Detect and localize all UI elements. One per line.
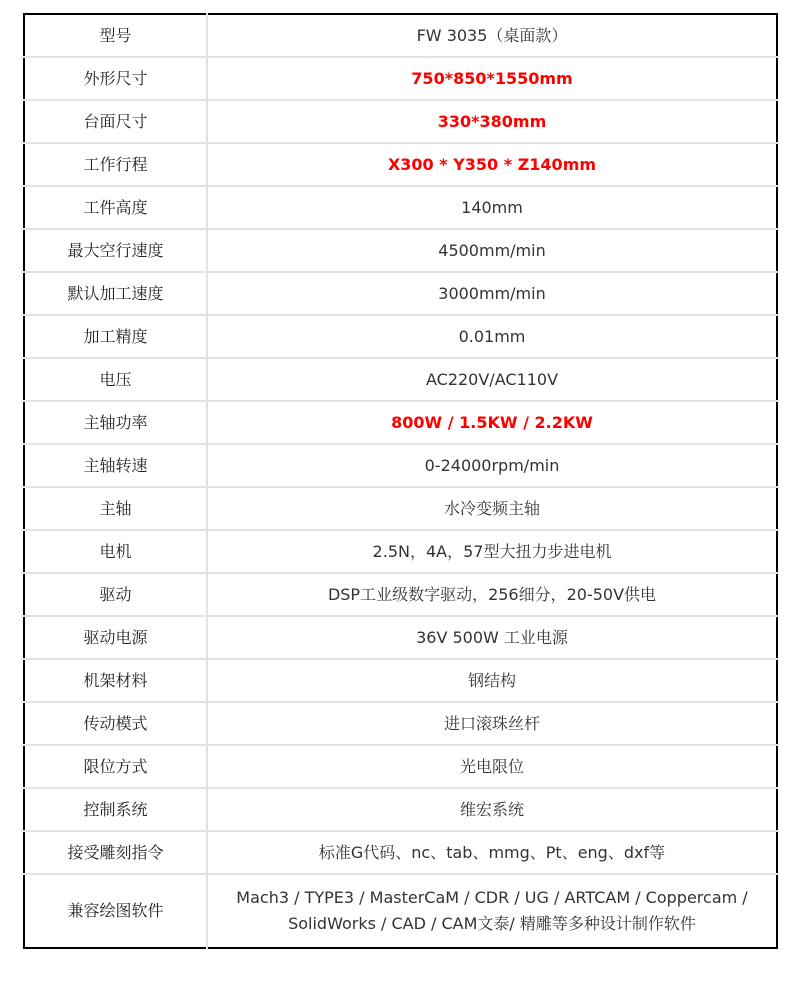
row-value: 光电限位 <box>207 745 777 788</box>
table-row-model: 型号 FW 3035（桌面款） <box>24 14 777 57</box>
row-value: 2.5N，4A，57型大扭力步进电机 <box>207 530 777 573</box>
row-label: 主轴功率 <box>24 401 207 444</box>
row-value: 钢结构 <box>207 659 777 702</box>
row-value: 330*380mm <box>207 100 777 143</box>
row-value: 4500mm/min <box>207 229 777 272</box>
software-line-1: Mach3 / TYPE3 / MasterCaM / CDR / UG / A… <box>208 885 776 911</box>
row-label: 主轴 <box>24 487 207 530</box>
table-row-limit-mode: 限位方式 光电限位 <box>24 745 777 788</box>
row-label: 台面尺寸 <box>24 100 207 143</box>
row-value: 36V 500W 工业电源 <box>207 616 777 659</box>
table-row-software: 兼容绘图软件 Mach3 / TYPE3 / MasterCaM / CDR /… <box>24 874 777 948</box>
row-value: 标准G代码、nc、tab、mmg、Pt、eng、dxf等 <box>207 831 777 874</box>
row-value: 进口滚珠丝杆 <box>207 702 777 745</box>
row-label: 驱动 <box>24 573 207 616</box>
row-label: 电机 <box>24 530 207 573</box>
row-value: 0-24000rpm/min <box>207 444 777 487</box>
table-row-precision: 加工精度 0.01mm <box>24 315 777 358</box>
row-label: 限位方式 <box>24 745 207 788</box>
row-value: FW 3035（桌面款） <box>207 14 777 57</box>
table-row-driver-power: 驱动电源 36V 500W 工业电源 <box>24 616 777 659</box>
row-value: 0.01mm <box>207 315 777 358</box>
row-value: X300 * Y350 * Z140mm <box>207 143 777 186</box>
row-label: 传动模式 <box>24 702 207 745</box>
software-line-2: SolidWorks / CAD / CAM文泰/ 精雕等多种设计制作软件 <box>208 911 776 937</box>
table-row-spindle-power: 主轴功率 800W / 1.5KW / 2.2KW <box>24 401 777 444</box>
table-row-driver: 驱动 DSP工业级数字驱动，256细分，20-50V供电 <box>24 573 777 616</box>
row-label: 电压 <box>24 358 207 401</box>
row-label: 工作行程 <box>24 143 207 186</box>
row-value: 800W / 1.5KW / 2.2KW <box>207 401 777 444</box>
row-value: Mach3 / TYPE3 / MasterCaM / CDR / UG / A… <box>207 874 777 948</box>
row-value: AC220V/AC110V <box>207 358 777 401</box>
row-label: 默认加工速度 <box>24 272 207 315</box>
row-label: 型号 <box>24 14 207 57</box>
row-label: 兼容绘图软件 <box>24 874 207 948</box>
row-value: 水冷变频主轴 <box>207 487 777 530</box>
table-row-spindle-speed: 主轴转速 0-24000rpm/min <box>24 444 777 487</box>
table-row-dimensions: 外形尺寸 750*850*1550mm <box>24 57 777 100</box>
row-label: 接受雕刻指令 <box>24 831 207 874</box>
row-value: DSP工业级数字驱动，256细分，20-50V供电 <box>207 573 777 616</box>
row-value: 140mm <box>207 186 777 229</box>
table-row-table-size: 台面尺寸 330*380mm <box>24 100 777 143</box>
table-row-control-system: 控制系统 维宏系统 <box>24 788 777 831</box>
table-row-transmission: 传动模式 进口滚珠丝杆 <box>24 702 777 745</box>
row-label: 加工精度 <box>24 315 207 358</box>
table-row-voltage: 电压 AC220V/AC110V <box>24 358 777 401</box>
table-row-spindle: 主轴 水冷变频主轴 <box>24 487 777 530</box>
table-row-frame-material: 机架材料 钢结构 <box>24 659 777 702</box>
table-row-workpiece-height: 工件高度 140mm <box>24 186 777 229</box>
row-label: 主轴转速 <box>24 444 207 487</box>
table-row-motor: 电机 2.5N，4A，57型大扭力步进电机 <box>24 530 777 573</box>
row-value: 3000mm/min <box>207 272 777 315</box>
row-label: 工件高度 <box>24 186 207 229</box>
table-row-default-speed: 默认加工速度 3000mm/min <box>24 272 777 315</box>
row-label: 最大空行速度 <box>24 229 207 272</box>
row-label: 外形尺寸 <box>24 57 207 100</box>
row-value: 维宏系统 <box>207 788 777 831</box>
row-label: 驱动电源 <box>24 616 207 659</box>
row-value: 750*850*1550mm <box>207 57 777 100</box>
row-label: 机架材料 <box>24 659 207 702</box>
table-row-max-idle-speed: 最大空行速度 4500mm/min <box>24 229 777 272</box>
spec-table: 型号 FW 3035（桌面款） 外形尺寸 750*850*1550mm 台面尺寸… <box>23 13 778 949</box>
table-row-travel: 工作行程 X300 * Y350 * Z140mm <box>24 143 777 186</box>
table-row-commands: 接受雕刻指令 标准G代码、nc、tab、mmg、Pt、eng、dxf等 <box>24 831 777 874</box>
row-label: 控制系统 <box>24 788 207 831</box>
